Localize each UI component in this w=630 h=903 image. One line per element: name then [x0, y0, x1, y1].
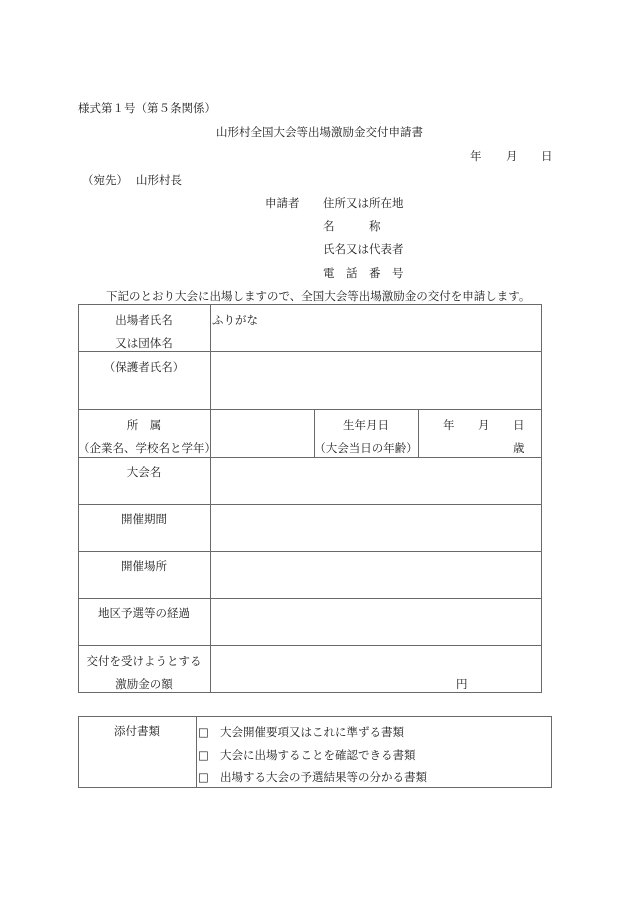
- attachment-item-text: 出場する大会の予選結果等の分かる書類: [220, 772, 427, 784]
- event-venue-label: 開催場所: [78, 561, 210, 573]
- attachments-column-divider: [196, 716, 197, 788]
- affiliation-label-sub: （企業名、学校名と学年）: [78, 443, 210, 455]
- applicant-label: 申請者: [265, 198, 300, 210]
- event-period-field[interactable]: [211, 505, 541, 551]
- participant-name-label-sub: 又は団体名: [78, 338, 210, 350]
- date-month-label: 月: [506, 151, 518, 163]
- affiliation-label: 所 属: [78, 420, 210, 432]
- birthdate-label: 生年月日: [314, 420, 418, 432]
- attachments-label: 添付書類: [78, 726, 196, 738]
- attachments-border-top: [78, 716, 552, 717]
- amount-label: 交付を受けようとする: [78, 656, 210, 668]
- checkbox-icon[interactable]: □: [198, 772, 209, 784]
- attachment-item-text: 大会に出場することを確認できる書類: [220, 750, 416, 762]
- applicant-name-label: 名 称: [323, 221, 381, 233]
- participant-name-label: 出場者氏名: [78, 315, 210, 327]
- date-year-label: 年: [470, 151, 482, 163]
- amount-field[interactable]: [211, 646, 541, 692]
- applicant-representative-label: 氏名又は代表者: [323, 244, 404, 256]
- guardian-name-label: （保護者氏名）: [78, 362, 210, 374]
- intro-text: 下記のとおり大会に出場しますので、全国大会等出場激励金の交付を申請します。: [106, 291, 530, 303]
- applicant-phone-label: 電 話 番 号: [323, 268, 404, 280]
- guardian-name-field[interactable]: [211, 352, 541, 409]
- date-day-label: 日: [541, 151, 553, 163]
- addressee-name: 山形村長: [136, 175, 182, 187]
- participant-name-field[interactable]: [211, 305, 541, 351]
- event-period-label: 開催期間: [78, 514, 210, 526]
- checkbox-icon[interactable]: □: [198, 727, 209, 739]
- event-venue-field[interactable]: [211, 552, 541, 598]
- birthdate-label-sub: （大会当日の年齢）: [314, 443, 418, 455]
- affiliation-field[interactable]: [211, 410, 314, 457]
- birthdate-field[interactable]: [419, 410, 541, 457]
- tournament-name-field[interactable]: [211, 458, 541, 504]
- attachment-item-text: 大会開催要項又はこれに準ずる書類: [220, 727, 404, 739]
- tournament-name-label: 大会名: [78, 467, 210, 479]
- attachment-item[interactable]: □ 出場する大会の予選結果等の分かる書類: [198, 770, 548, 787]
- qualifier-history-label: 地区予選等の経過: [78, 608, 210, 620]
- attachments-border-bottom: [78, 787, 552, 788]
- checkbox-icon[interactable]: □: [198, 750, 209, 762]
- amount-label-sub: 激励金の額: [78, 679, 210, 691]
- document-title: 山形村全国大会等出場激励金交付申請書: [216, 127, 423, 139]
- form-number: 様式第１号（第５条関係）: [78, 103, 216, 115]
- attachment-item[interactable]: □ 大会に出場することを確認できる書類: [198, 747, 548, 767]
- applicant-address-label: 住所又は所在地: [323, 198, 404, 210]
- addressee-label: （宛先）: [82, 175, 128, 187]
- attachment-item[interactable]: □ 大会開催要項又はこれに準ずる書類: [198, 724, 548, 744]
- table-border-right: [541, 304, 542, 693]
- qualifier-history-field[interactable]: [211, 599, 541, 645]
- attachments-border-right: [551, 716, 552, 788]
- table-border-bottom: [78, 692, 542, 693]
